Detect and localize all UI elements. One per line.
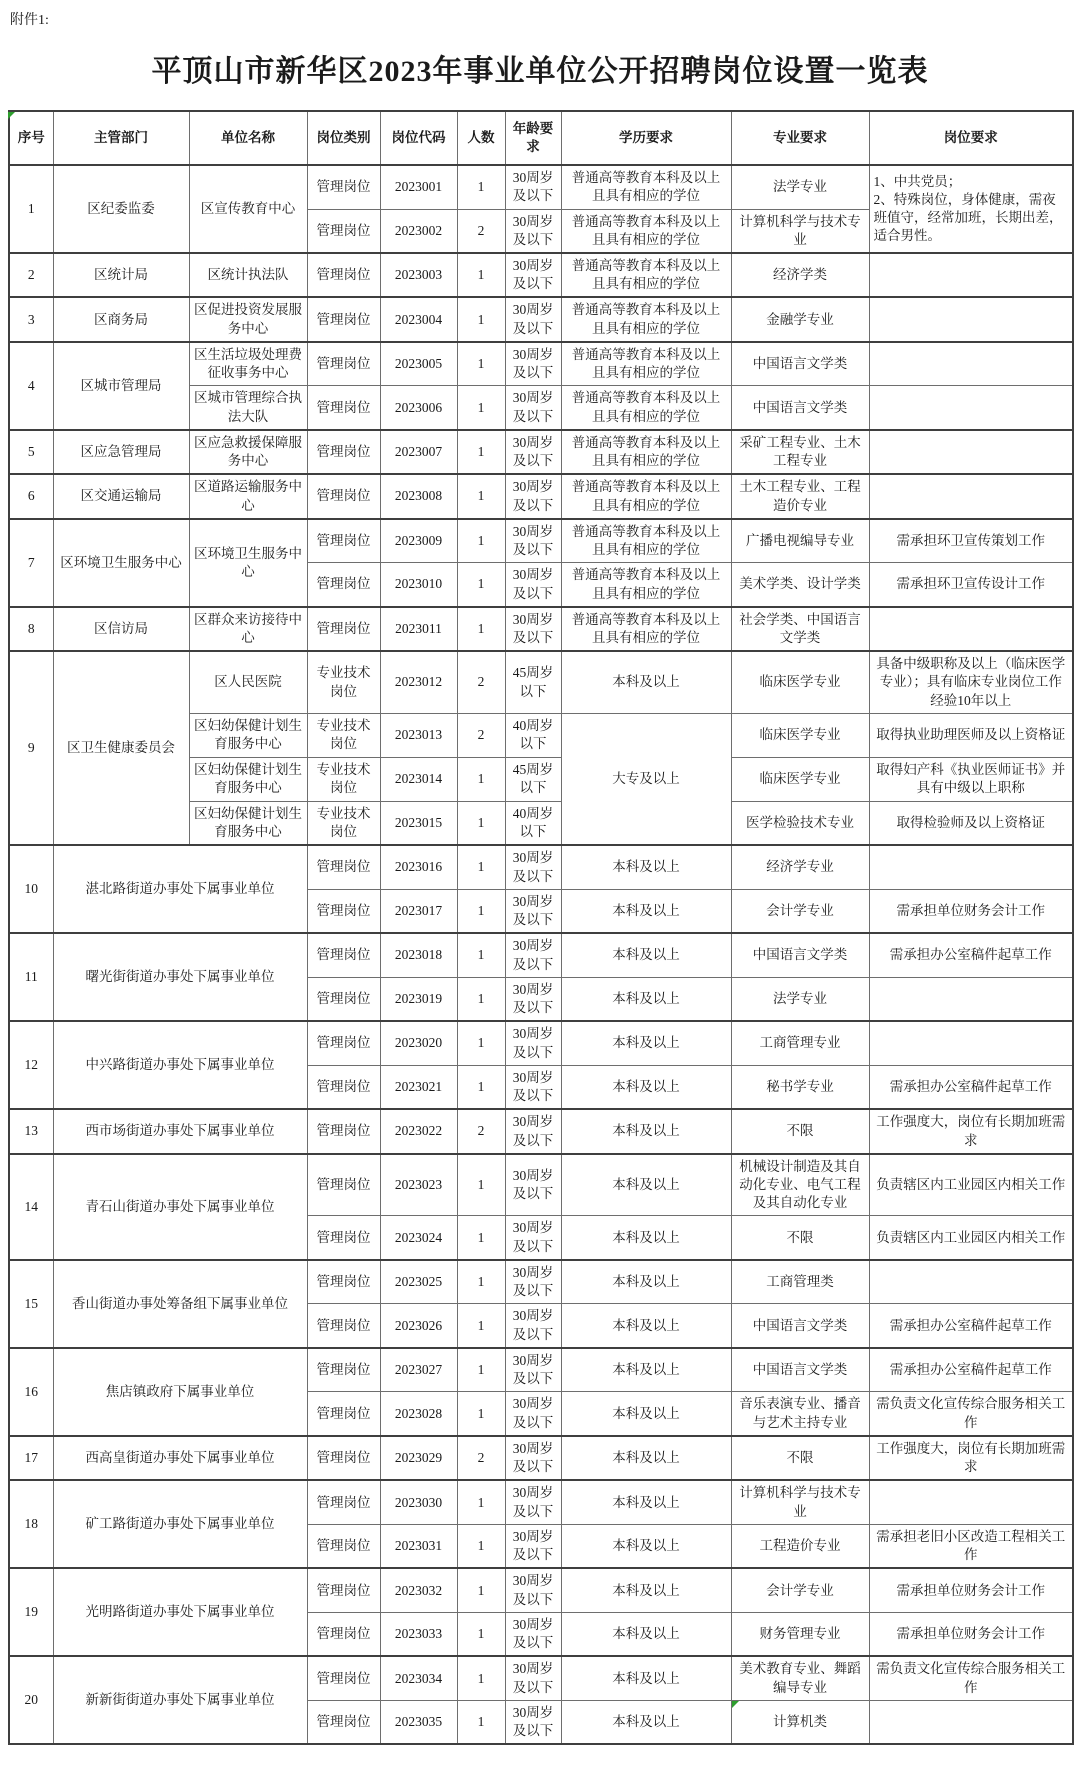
- table-cell: 区群众来访接待中心: [189, 607, 307, 651]
- table-cell: 管理岗位: [307, 297, 380, 341]
- table-cell: 本科及以上: [561, 1304, 731, 1348]
- table-cell: 2023026: [380, 1304, 457, 1348]
- table-cell: [869, 1480, 1073, 1524]
- table-row: 19光明路街道办事处下属事业单位管理岗位2023032130周岁及以下本科及以上…: [9, 1568, 1073, 1612]
- table-cell: 管理岗位: [307, 845, 380, 889]
- table-cell: 2023017: [380, 889, 457, 933]
- table-cell: 本科及以上: [561, 933, 731, 977]
- table-cell: 2023020: [380, 1021, 457, 1065]
- table-cell: 45周岁以下: [505, 757, 561, 801]
- header-cell: 序号: [9, 111, 53, 165]
- table-cell: 普通高等教育本科及以上且具有相应的学位: [561, 430, 731, 474]
- table-row: 4区城市管理局区生活垃圾处理费征收事务中心管理岗位2023005130周岁及以下…: [9, 342, 1073, 386]
- table-cell: 管理岗位: [307, 1656, 380, 1700]
- table-cell: 法学专业: [731, 977, 869, 1021]
- table-cell: 管理岗位: [307, 386, 380, 430]
- table-cell: 2023001: [380, 165, 457, 209]
- table-row: 13西市场街道办事处下属事业单位管理岗位2023022230周岁及以下本科及以上…: [9, 1109, 1073, 1153]
- table-cell: 30周岁及以下: [505, 1260, 561, 1304]
- table-cell: 本科及以上: [561, 1436, 731, 1480]
- table-cell: 工作强度大，岗位有长期加班需求: [869, 1109, 1073, 1153]
- table-cell: 负责辖区内工业园区内相关工作: [869, 1216, 1073, 1260]
- table-cell: 管理岗位: [307, 1304, 380, 1348]
- table-cell: 计算机科学与技术专业: [731, 209, 869, 253]
- table-cell: 本科及以上: [561, 1568, 731, 1612]
- header-cell: 岗位要求: [869, 111, 1073, 165]
- table-row: 2区统计局区统计执法队管理岗位2023003130周岁及以下普通高等教育本科及以…: [9, 253, 1073, 297]
- table-cell: 2023007: [380, 430, 457, 474]
- table-cell: 8: [9, 607, 53, 651]
- table-cell: 管理岗位: [307, 342, 380, 386]
- table-cell: 30周岁及以下: [505, 1524, 561, 1568]
- table-cell: 管理岗位: [307, 474, 380, 518]
- table-cell: 2: [457, 209, 505, 253]
- table-cell: 普通高等教育本科及以上且具有相应的学位: [561, 253, 731, 297]
- table-cell: [869, 1260, 1073, 1304]
- table-cell: 金融学专业: [731, 297, 869, 341]
- table-body: 1区纪委监委区宣传教育中心管理岗位2023001130周岁及以下普通高等教育本科…: [9, 165, 1073, 1744]
- table-cell: 2023031: [380, 1524, 457, 1568]
- table-cell: 机械设计制造及其自动化专业、电气工程及其自动化专业: [731, 1154, 869, 1216]
- table-cell: 中兴路街道办事处下属事业单位: [53, 1021, 307, 1109]
- table-cell: 管理岗位: [307, 430, 380, 474]
- table-cell: 区交通运输局: [53, 474, 189, 518]
- table-cell: 15: [9, 1260, 53, 1348]
- table-cell: 2023013: [380, 713, 457, 757]
- table-cell: 区应急管理局: [53, 430, 189, 474]
- table-cell: 土木工程专业、工程造价专业: [731, 474, 869, 518]
- table-cell: [869, 342, 1073, 386]
- table-cell: 1: [457, 297, 505, 341]
- table-cell: 区道路运输服务中心: [189, 474, 307, 518]
- table-cell: 需承担办公室稿件起草工作: [869, 1304, 1073, 1348]
- table-cell: 1: [457, 1154, 505, 1216]
- table-cell: 秘书学专业: [731, 1065, 869, 1109]
- table-cell: 工作强度大，岗位有长期加班需求: [869, 1436, 1073, 1480]
- table-cell: 2023034: [380, 1656, 457, 1700]
- table-cell: 普通高等教育本科及以上且具有相应的学位: [561, 519, 731, 563]
- table-cell: 2023019: [380, 977, 457, 1021]
- table-cell: 1: [457, 563, 505, 607]
- table-cell: 30周岁及以下: [505, 1021, 561, 1065]
- table-cell: 30周岁及以下: [505, 1348, 561, 1392]
- table-cell: 30周岁及以下: [505, 1436, 561, 1480]
- table-cell: 经济学类: [731, 253, 869, 297]
- table-cell: 1: [457, 1260, 505, 1304]
- table-cell: 需承担环卫宣传策划工作: [869, 519, 1073, 563]
- table-cell: 5: [9, 430, 53, 474]
- table-cell: 管理岗位: [307, 1109, 380, 1153]
- table-cell: 9: [9, 651, 53, 845]
- table-cell: 本科及以上: [561, 1480, 731, 1524]
- table-cell: 1: [457, 342, 505, 386]
- table-cell: 中国语言文学类: [731, 1348, 869, 1392]
- table-cell: 1: [457, 1480, 505, 1524]
- table-cell: 2023009: [380, 519, 457, 563]
- table-cell: 管理岗位: [307, 563, 380, 607]
- table-cell: 13: [9, 1109, 53, 1153]
- table-cell: 1: [457, 430, 505, 474]
- table-cell: 30周岁及以下: [505, 297, 561, 341]
- table-cell: 2: [457, 651, 505, 713]
- table-row: 17西高皇街道办事处下属事业单位管理岗位2023029230周岁及以下本科及以上…: [9, 1436, 1073, 1480]
- table-cell: 1: [457, 1392, 505, 1436]
- table-cell: 西高皇街道办事处下属事业单位: [53, 1436, 307, 1480]
- table-cell: 30周岁及以下: [505, 165, 561, 209]
- table-cell: 30周岁及以下: [505, 1304, 561, 1348]
- table-cell: 矿工路街道办事处下属事业单位: [53, 1480, 307, 1568]
- header-cell: 单位名称: [189, 111, 307, 165]
- table-cell: 不限: [731, 1436, 869, 1480]
- table-cell: 2023011: [380, 607, 457, 651]
- table-cell: [869, 474, 1073, 518]
- table-cell: 管理岗位: [307, 1392, 380, 1436]
- table-cell: 14: [9, 1154, 53, 1260]
- table-cell: 3: [9, 297, 53, 341]
- table-cell: 1: [457, 1304, 505, 1348]
- table-cell: 2023035: [380, 1700, 457, 1744]
- table-cell: 2023014: [380, 757, 457, 801]
- table-cell: 30周岁及以下: [505, 474, 561, 518]
- table-cell: 1: [457, 889, 505, 933]
- table-cell: 本科及以上: [561, 1154, 731, 1216]
- table-cell: 需承担单位财务会计工作: [869, 1612, 1073, 1656]
- table-cell: 需承担单位财务会计工作: [869, 889, 1073, 933]
- table-cell: 取得检验师及以上资格证: [869, 801, 1073, 845]
- table-cell: 普通高等教育本科及以上且具有相应的学位: [561, 165, 731, 209]
- table-row: 15香山街道办事处筹备组下属事业单位管理岗位2023025130周岁及以下本科及…: [9, 1260, 1073, 1304]
- table-cell: 经济学专业: [731, 845, 869, 889]
- table-cell: 管理岗位: [307, 1524, 380, 1568]
- table-row: 8区信访局区群众来访接待中心管理岗位2023011130周岁及以下普通高等教育本…: [9, 607, 1073, 651]
- table-cell: 中国语言文学类: [731, 1304, 869, 1348]
- table-cell: 区统计执法队: [189, 253, 307, 297]
- table-cell: 管理岗位: [307, 1436, 380, 1480]
- table-cell: 会计学专业: [731, 1568, 869, 1612]
- table-cell: 普通高等教育本科及以上且具有相应的学位: [561, 563, 731, 607]
- table-cell: 区生活垃圾处理费征收事务中心: [189, 342, 307, 386]
- table-cell: 2023022: [380, 1109, 457, 1153]
- table-cell: 普通高等教育本科及以上且具有相应的学位: [561, 297, 731, 341]
- table-cell: 普通高等教育本科及以上且具有相应的学位: [561, 209, 731, 253]
- table-cell: 30周岁及以下: [505, 977, 561, 1021]
- table-cell: 2: [9, 253, 53, 297]
- table-cell: 需承担办公室稿件起草工作: [869, 1065, 1073, 1109]
- table-cell: 30周岁及以下: [505, 1154, 561, 1216]
- table-cell: 1: [457, 845, 505, 889]
- table-cell: 2023018: [380, 933, 457, 977]
- header-cell: 岗位类别: [307, 111, 380, 165]
- table-cell: 1: [457, 1700, 505, 1744]
- table-cell: 1: [9, 165, 53, 253]
- table-cell: 2023029: [380, 1436, 457, 1480]
- table-row: 3区商务局区促进投资发展服务中心管理岗位2023004130周岁及以下普通高等教…: [9, 297, 1073, 341]
- table-cell: 管理岗位: [307, 1700, 380, 1744]
- table-cell: 管理岗位: [307, 253, 380, 297]
- table-cell: 音乐表演专业、播音与艺术主持专业: [731, 1392, 869, 1436]
- table-cell: 40周岁以下: [505, 713, 561, 757]
- table-cell: 30周岁及以下: [505, 342, 561, 386]
- table-row: 1区纪委监委区宣传教育中心管理岗位2023001130周岁及以下普通高等教育本科…: [9, 165, 1073, 209]
- table-cell: 普通高等教育本科及以上且具有相应的学位: [561, 474, 731, 518]
- table-cell: 30周岁及以下: [505, 1216, 561, 1260]
- table-cell: 30周岁及以下: [505, 889, 561, 933]
- table-cell: [869, 430, 1073, 474]
- table-cell: [869, 297, 1073, 341]
- table-cell: 12: [9, 1021, 53, 1109]
- header-cell: 岗位代码: [380, 111, 457, 165]
- table-cell: 1: [457, 165, 505, 209]
- table-cell: 工程造价专业: [731, 1524, 869, 1568]
- table-cell: 需承担老旧小区改造工程相关工作: [869, 1524, 1073, 1568]
- table-cell: 2023021: [380, 1065, 457, 1109]
- table-cell: 需承担办公室稿件起草工作: [869, 933, 1073, 977]
- table-cell: 本科及以上: [561, 1392, 731, 1436]
- table-cell: 6: [9, 474, 53, 518]
- table-cell: 广播电视编导专业: [731, 519, 869, 563]
- table-cell: 美术教育专业、舞蹈编导专业: [731, 1656, 869, 1700]
- table-cell: 1: [457, 253, 505, 297]
- table-cell: 11: [9, 933, 53, 1021]
- table-cell: 10: [9, 845, 53, 933]
- table-cell: 计算机科学与技术专业: [731, 1480, 869, 1524]
- table-cell: 区商务局: [53, 297, 189, 341]
- header-row: 序号主管部门单位名称岗位类别岗位代码人数年龄要求学历要求专业要求岗位要求: [9, 111, 1073, 165]
- table-row: 16焦店镇政府下属事业单位管理岗位2023027130周岁及以下本科及以上中国语…: [9, 1348, 1073, 1392]
- table-cell: 2023012: [380, 651, 457, 713]
- table-cell: 2023006: [380, 386, 457, 430]
- table-cell: 香山街道办事处筹备组下属事业单位: [53, 1260, 307, 1348]
- table-cell: 30周岁及以下: [505, 1568, 561, 1612]
- table-cell: 2023027: [380, 1348, 457, 1392]
- table-cell: 30周岁及以下: [505, 430, 561, 474]
- header-cell: 人数: [457, 111, 505, 165]
- table-cell: 2023025: [380, 1260, 457, 1304]
- table-row: 10湛北路街道办事处下属事业单位管理岗位2023016130周岁及以下本科及以上…: [9, 845, 1073, 889]
- table-cell: 不限: [731, 1216, 869, 1260]
- table-cell: 30周岁及以下: [505, 1700, 561, 1744]
- table-cell: 区宣传教育中心: [189, 165, 307, 253]
- table-cell: 2023015: [380, 801, 457, 845]
- table-cell: 区人民医院: [189, 651, 307, 713]
- table-cell: 30周岁及以下: [505, 1392, 561, 1436]
- table-cell: 2023005: [380, 342, 457, 386]
- table-row: 7区环境卫生服务中心区环境卫生服务中心管理岗位2023009130周岁及以下普通…: [9, 519, 1073, 563]
- table-cell: 需承担办公室稿件起草工作: [869, 1348, 1073, 1392]
- table-cell: 30周岁及以下: [505, 386, 561, 430]
- table-cell: 1: [457, 474, 505, 518]
- table-cell: 2023010: [380, 563, 457, 607]
- table-cell: 大专及以上: [561, 713, 731, 845]
- table-cell: 区卫生健康委员会: [53, 651, 189, 845]
- header-cell: 年龄要求: [505, 111, 561, 165]
- table-cell: 1: [457, 607, 505, 651]
- table-cell: 区信访局: [53, 607, 189, 651]
- table-cell: 需负责文化宣传综合服务相关工作: [869, 1656, 1073, 1700]
- table-cell: 2023002: [380, 209, 457, 253]
- table-cell: [869, 253, 1073, 297]
- table-cell: 管理岗位: [307, 1216, 380, 1260]
- table-row: 12中兴路街道办事处下属事业单位管理岗位2023020130周岁及以下本科及以上…: [9, 1021, 1073, 1065]
- table-cell: 区妇幼保健计划生育服务中心: [189, 757, 307, 801]
- table-cell: 30周岁及以下: [505, 519, 561, 563]
- table-cell: 中国语言文学类: [731, 386, 869, 430]
- table-cell: 1: [457, 1524, 505, 1568]
- table-cell: 本科及以上: [561, 1700, 731, 1744]
- table-cell: 40周岁以下: [505, 801, 561, 845]
- table-cell: 焦店镇政府下属事业单位: [53, 1348, 307, 1436]
- table-cell: 取得执业助理医师及以上资格证: [869, 713, 1073, 757]
- page-title: 平顶山市新华区2023年事业单位公开招聘岗位设置一览表: [8, 54, 1072, 90]
- table-cell: 青石山街道办事处下属事业单位: [53, 1154, 307, 1260]
- table-cell: 4: [9, 342, 53, 430]
- table-cell: 1: [457, 1348, 505, 1392]
- table-cell: 30周岁及以下: [505, 845, 561, 889]
- table-cell: 管理岗位: [307, 165, 380, 209]
- table-cell: [869, 1021, 1073, 1065]
- table-cell: 普通高等教育本科及以上且具有相应的学位: [561, 607, 731, 651]
- recruitment-table: 序号主管部门单位名称岗位类别岗位代码人数年龄要求学历要求专业要求岗位要求 1区纪…: [8, 110, 1074, 1745]
- table-cell: 1: [457, 1021, 505, 1065]
- table-row: 14青石山街道办事处下属事业单位管理岗位2023023130周岁及以下本科及以上…: [9, 1154, 1073, 1216]
- table-cell: 本科及以上: [561, 845, 731, 889]
- table-cell: 专业技术岗位: [307, 713, 380, 757]
- table-cell: 管理岗位: [307, 889, 380, 933]
- table-cell: 2023024: [380, 1216, 457, 1260]
- table-cell: 管理岗位: [307, 1154, 380, 1216]
- table-cell: 采矿工程专业、土木工程专业: [731, 430, 869, 474]
- table-cell: 社会学类、中国语言文学类: [731, 607, 869, 651]
- table-cell: 管理岗位: [307, 1480, 380, 1524]
- table-cell: 工商管理类: [731, 1260, 869, 1304]
- table-cell: 临床医学专业: [731, 713, 869, 757]
- table-cell: 30周岁及以下: [505, 563, 561, 607]
- table-cell: 曙光街街道办事处下属事业单位: [53, 933, 307, 1021]
- table-cell: [869, 1700, 1073, 1744]
- table-cell: 法学专业: [731, 165, 869, 209]
- table-cell: 30周岁及以下: [505, 1480, 561, 1524]
- table-cell: 2023016: [380, 845, 457, 889]
- table-cell: 光明路街道办事处下属事业单位: [53, 1568, 307, 1656]
- table-cell: [869, 386, 1073, 430]
- table-cell: 30周岁及以下: [505, 1656, 561, 1700]
- table-cell: [869, 845, 1073, 889]
- table-row: 11曙光街街道办事处下属事业单位管理岗位2023018130周岁及以下本科及以上…: [9, 933, 1073, 977]
- table-cell: 普通高等教育本科及以上且具有相应的学位: [561, 342, 731, 386]
- header-cell: 专业要求: [731, 111, 869, 165]
- table-cell: 1: [457, 1216, 505, 1260]
- table-row: 18矿工路街道办事处下属事业单位管理岗位2023030130周岁及以下本科及以上…: [9, 1480, 1073, 1524]
- table-cell: 新新街街道办事处下属事业单位: [53, 1656, 307, 1744]
- table-cell: 30周岁及以下: [505, 1065, 561, 1109]
- table-cell: 管理岗位: [307, 1348, 380, 1392]
- table-cell: 1: [457, 977, 505, 1021]
- table-cell: 计算机类: [731, 1700, 869, 1744]
- table-cell: 30周岁及以下: [505, 209, 561, 253]
- table-cell: 2023004: [380, 297, 457, 341]
- table-cell: 本科及以上: [561, 1260, 731, 1304]
- table-cell: 普通高等教育本科及以上且具有相应的学位: [561, 386, 731, 430]
- table-cell: 2023028: [380, 1392, 457, 1436]
- table-cell: 中国语言文学类: [731, 342, 869, 386]
- table-cell: 本科及以上: [561, 1612, 731, 1656]
- table-cell: 30周岁及以下: [505, 607, 561, 651]
- table-cell: 本科及以上: [561, 1656, 731, 1700]
- table-cell: 本科及以上: [561, 977, 731, 1021]
- table-cell: 临床医学专业: [731, 651, 869, 713]
- table-cell: 需负责文化宣传综合服务相关工作: [869, 1392, 1073, 1436]
- table-cell: 本科及以上: [561, 889, 731, 933]
- table-cell: 1: [457, 386, 505, 430]
- table-cell: 1: [457, 801, 505, 845]
- table-cell: 2023033: [380, 1612, 457, 1656]
- table-cell: 本科及以上: [561, 1524, 731, 1568]
- table-cell: 管理岗位: [307, 1612, 380, 1656]
- table-cell: 区妇幼保健计划生育服务中心: [189, 713, 307, 757]
- table-cell: 管理岗位: [307, 607, 380, 651]
- table-cell: 管理岗位: [307, 1021, 380, 1065]
- table-cell: 1、中共党员； 2、特殊岗位，身体健康，需夜班值守，经常加班，长期出差，适合男性…: [869, 165, 1073, 253]
- table-cell: 1: [457, 1065, 505, 1109]
- table-row: 6区交通运输局区道路运输服务中心管理岗位2023008130周岁及以下普通高等教…: [9, 474, 1073, 518]
- table-cell: 本科及以上: [561, 651, 731, 713]
- table-cell: [869, 607, 1073, 651]
- table-cell: 会计学专业: [731, 889, 869, 933]
- table-cell: 18: [9, 1480, 53, 1568]
- table-cell: 本科及以上: [561, 1109, 731, 1153]
- table-cell: 2: [457, 713, 505, 757]
- table-cell: 1: [457, 1612, 505, 1656]
- table-cell: 17: [9, 1436, 53, 1480]
- table-cell: 需承担环卫宣传设计工作: [869, 563, 1073, 607]
- table-cell: 本科及以上: [561, 1216, 731, 1260]
- table-cell: 需承担单位财务会计工作: [869, 1568, 1073, 1612]
- table-cell: 临床医学专业: [731, 757, 869, 801]
- table-cell: 区统计局: [53, 253, 189, 297]
- table-cell: 西市场街道办事处下属事业单位: [53, 1109, 307, 1153]
- table-cell: 区纪委监委: [53, 165, 189, 253]
- table-cell: 美术学类、设计学类: [731, 563, 869, 607]
- table-cell: 2023003: [380, 253, 457, 297]
- table-cell: 16: [9, 1348, 53, 1436]
- table-cell: 30周岁及以下: [505, 933, 561, 977]
- table-cell: 2023030: [380, 1480, 457, 1524]
- table-row: 20新新街街道办事处下属事业单位管理岗位2023034130周岁及以下本科及以上…: [9, 1656, 1073, 1700]
- table-cell: 1: [457, 933, 505, 977]
- table-cell: 管理岗位: [307, 519, 380, 563]
- green-corner-marker: [8, 112, 15, 119]
- table-cell: 具备中级职称及以上（临床医学专业）；具有临床专业岗位工作经验10年以上: [869, 651, 1073, 713]
- table-cell: 2023008: [380, 474, 457, 518]
- table-cell: 区城市管理综合执法大队: [189, 386, 307, 430]
- table-cell: 区妇幼保健计划生育服务中心: [189, 801, 307, 845]
- table-cell: 本科及以上: [561, 1348, 731, 1392]
- table-cell: 2: [457, 1109, 505, 1153]
- table-cell: 财务管理专业: [731, 1612, 869, 1656]
- table-cell: 不限: [731, 1109, 869, 1153]
- table-cell: 2023023: [380, 1154, 457, 1216]
- table-cell: 医学检验技术专业: [731, 801, 869, 845]
- table-cell: [869, 977, 1073, 1021]
- table-cell: 区环境卫生服务中心: [53, 519, 189, 607]
- header-cell: 主管部门: [53, 111, 189, 165]
- table-cell: 本科及以上: [561, 1065, 731, 1109]
- header-cell: 学历要求: [561, 111, 731, 165]
- table-cell: 2023032: [380, 1568, 457, 1612]
- table-cell: 管理岗位: [307, 977, 380, 1021]
- table-cell: 1: [457, 757, 505, 801]
- table-cell: 19: [9, 1568, 53, 1656]
